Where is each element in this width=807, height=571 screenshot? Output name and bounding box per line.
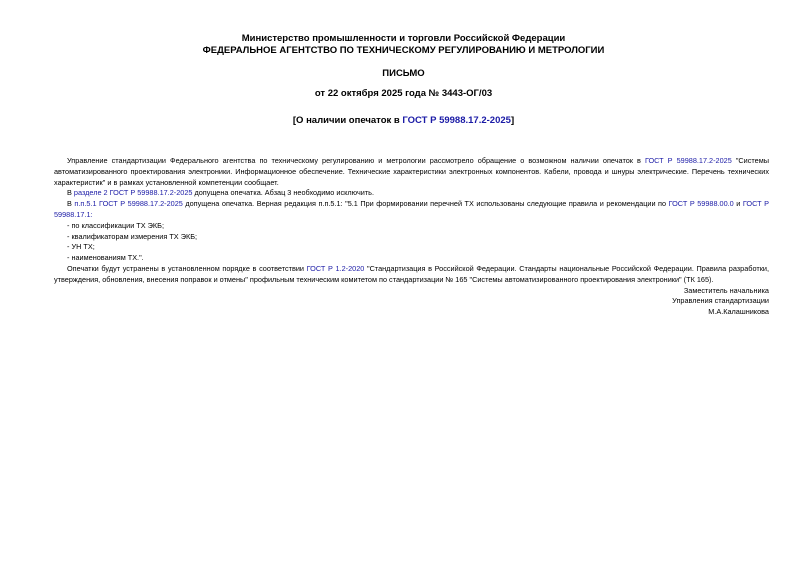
title-prefix: [О наличии опечаток в (293, 115, 403, 126)
paragraph-clause51: В п.п.5.1 ГОСТ Р 59988.17.2-2025 допущен… (54, 199, 769, 221)
letter-body: Управление стандартизации Федерального а… (54, 156, 769, 318)
text: допущена опечатка. Верная редакция п.п.5… (183, 199, 669, 208)
text: Управление стандартизации Федерального а… (67, 156, 645, 165)
signature-position: Заместитель начальника (54, 286, 769, 297)
gost-link[interactable]: ГОСТ Р 59988.17.2-2025 (645, 156, 732, 165)
text: Опечатки будут устранены в установленном… (67, 264, 307, 273)
list-item: - наименованиям ТХ.". (54, 253, 769, 264)
list-item: - квалификаторам измерения ТХ ЭКБ; (54, 232, 769, 243)
paragraph-intro: Управление стандартизации Федерального а… (54, 156, 769, 188)
gost-link[interactable]: ГОСТ Р 1.2-2020 (307, 264, 365, 273)
title-gost-link[interactable]: ГОСТ Р 59988.17.2-2025 (402, 115, 511, 126)
text: В (67, 188, 74, 197)
title-suffix: ] (511, 115, 514, 126)
document-date-number: от 22 октября 2025 года № 3443-ОГ/03 (0, 88, 807, 100)
list-item: - по классификации ТХ ЭКБ; (54, 221, 769, 232)
clause-link[interactable]: п.п.5.1 ГОСТ Р 59988.17.2-2025 (74, 199, 182, 208)
section-link[interactable]: разделе 2 ГОСТ Р 59988.17.2-2025 (74, 188, 193, 197)
list-item: - УН ТХ; (54, 242, 769, 253)
signature-name: М.А.Калашникова (54, 307, 769, 318)
paragraph-correction: Опечатки будут устранены в установленном… (54, 264, 769, 286)
text: допущена опечатка. Абзац 3 необходимо ис… (192, 188, 374, 197)
text: : (91, 210, 93, 219)
paragraph-section2: В разделе 2 ГОСТ Р 59988.17.2-2025 допущ… (54, 188, 769, 199)
document-title: [О наличии опечаток в ГОСТ Р 59988.17.2-… (0, 115, 807, 127)
ministry-name: Министерство промышленности и торговли Р… (0, 33, 807, 45)
agency-name: ФЕДЕРАЛЬНОЕ АГЕНТСТВО ПО ТЕХНИЧЕСКОМУ РЕ… (0, 45, 807, 57)
document-type: ПИСЬМО (0, 68, 807, 80)
gost-link[interactable]: ГОСТ Р 59988.00.0 (669, 199, 734, 208)
signature-department: Управления стандартизации (54, 296, 769, 307)
text: и (734, 199, 743, 208)
